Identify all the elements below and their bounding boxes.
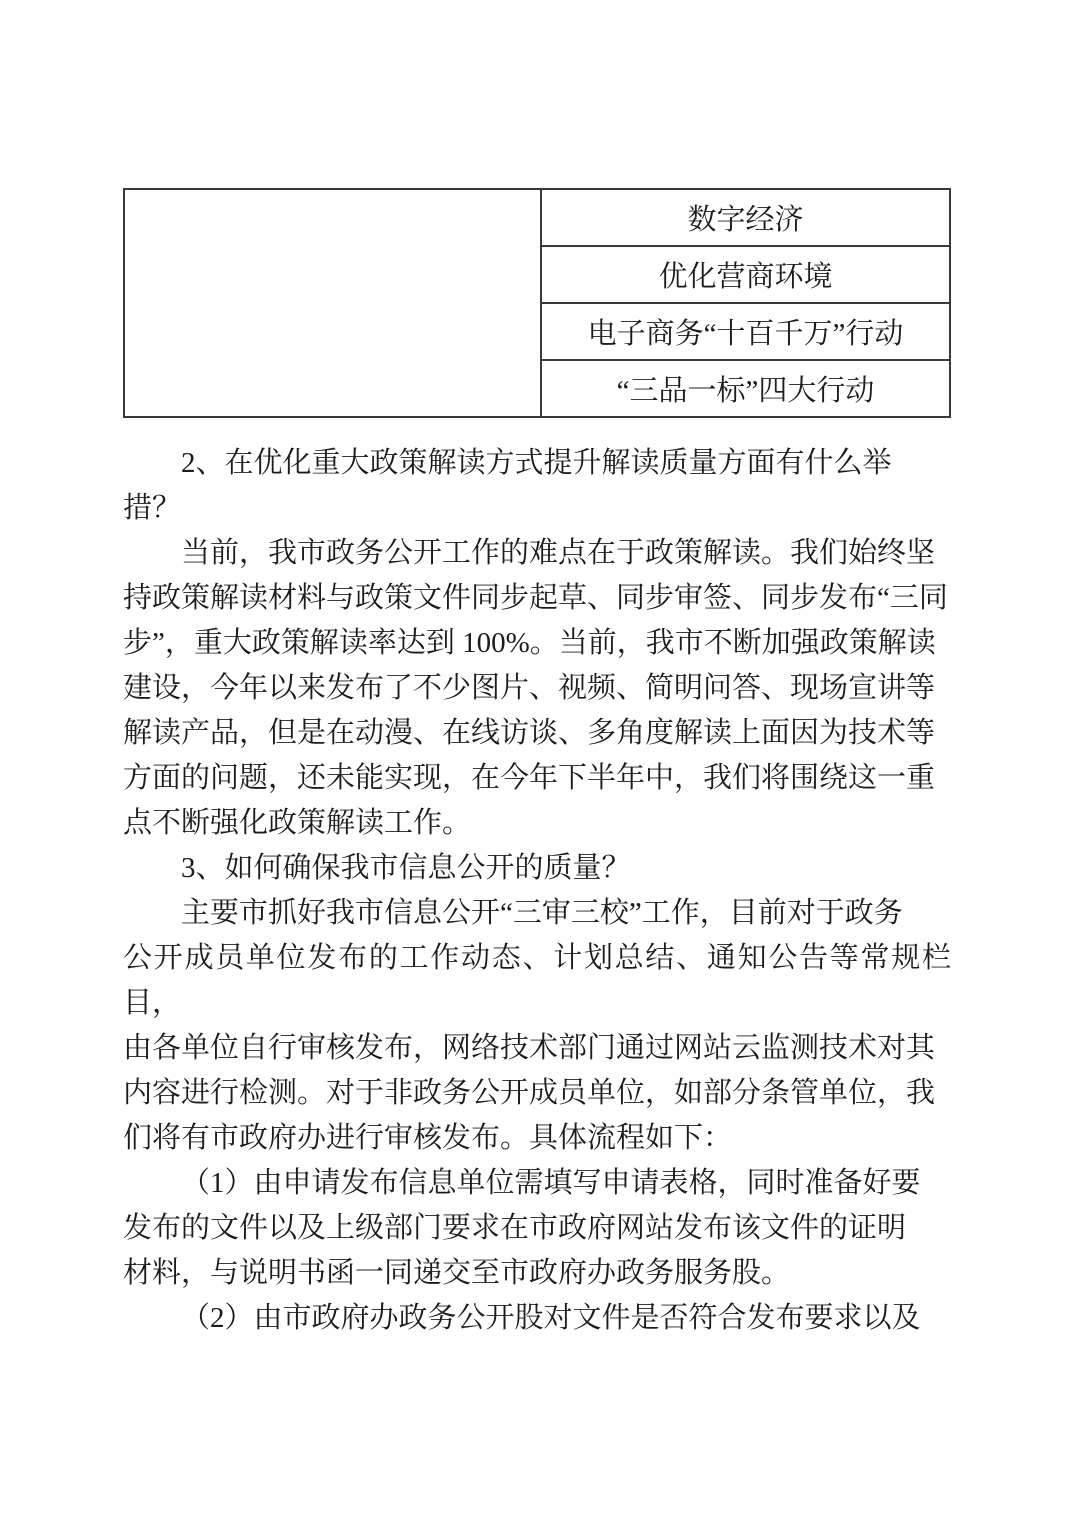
answer-3-paragraph: 主要市抓好我市信息公开“三审三校”工作，目前对于政务 公开成员单位发布的工作动态…: [123, 891, 951, 1161]
document-body: 2、在优化重大政策解读方式提升解读质量方面有什么举 措？ 当前，我市政务公开工作…: [123, 441, 951, 1341]
procedure-step-2: （2）由市政府办政务公开股对文件是否符合发布要求以及: [123, 1296, 951, 1341]
document-page: 数字经济 优化营商环境 电子商务“十百千万”行动 “三品一标”四大行动 2、在优…: [0, 0, 1074, 1520]
table-cell-empty: [124, 189, 541, 417]
question-2-heading: 2、在优化重大政策解读方式提升解读质量方面有什么举 措？: [123, 441, 951, 531]
table-row: 数字经济: [124, 189, 950, 246]
procedure-step-1: （1）由申请发布信息单位需填写申请表格，同时准备好要 发布的文件以及上级部门要求…: [123, 1161, 951, 1296]
question-3-heading: 3、如何确保我市信息公开的质量？: [123, 846, 951, 891]
policy-topics-table: 数字经济 优化营商环境 电子商务“十百千万”行动 “三品一标”四大行动: [123, 188, 951, 418]
table-cell-topic-2: 优化营商环境: [541, 246, 950, 303]
table-cell-topic-1: 数字经济: [541, 189, 950, 246]
table-cell-topic-3: 电子商务“十百千万”行动: [541, 303, 950, 360]
answer-2-paragraph: 当前，我市政务公开工作的难点在于政策解读。我们始终坚 持政策解读材料与政策文件同…: [123, 531, 951, 846]
table-cell-topic-4: “三品一标”四大行动: [541, 360, 950, 417]
